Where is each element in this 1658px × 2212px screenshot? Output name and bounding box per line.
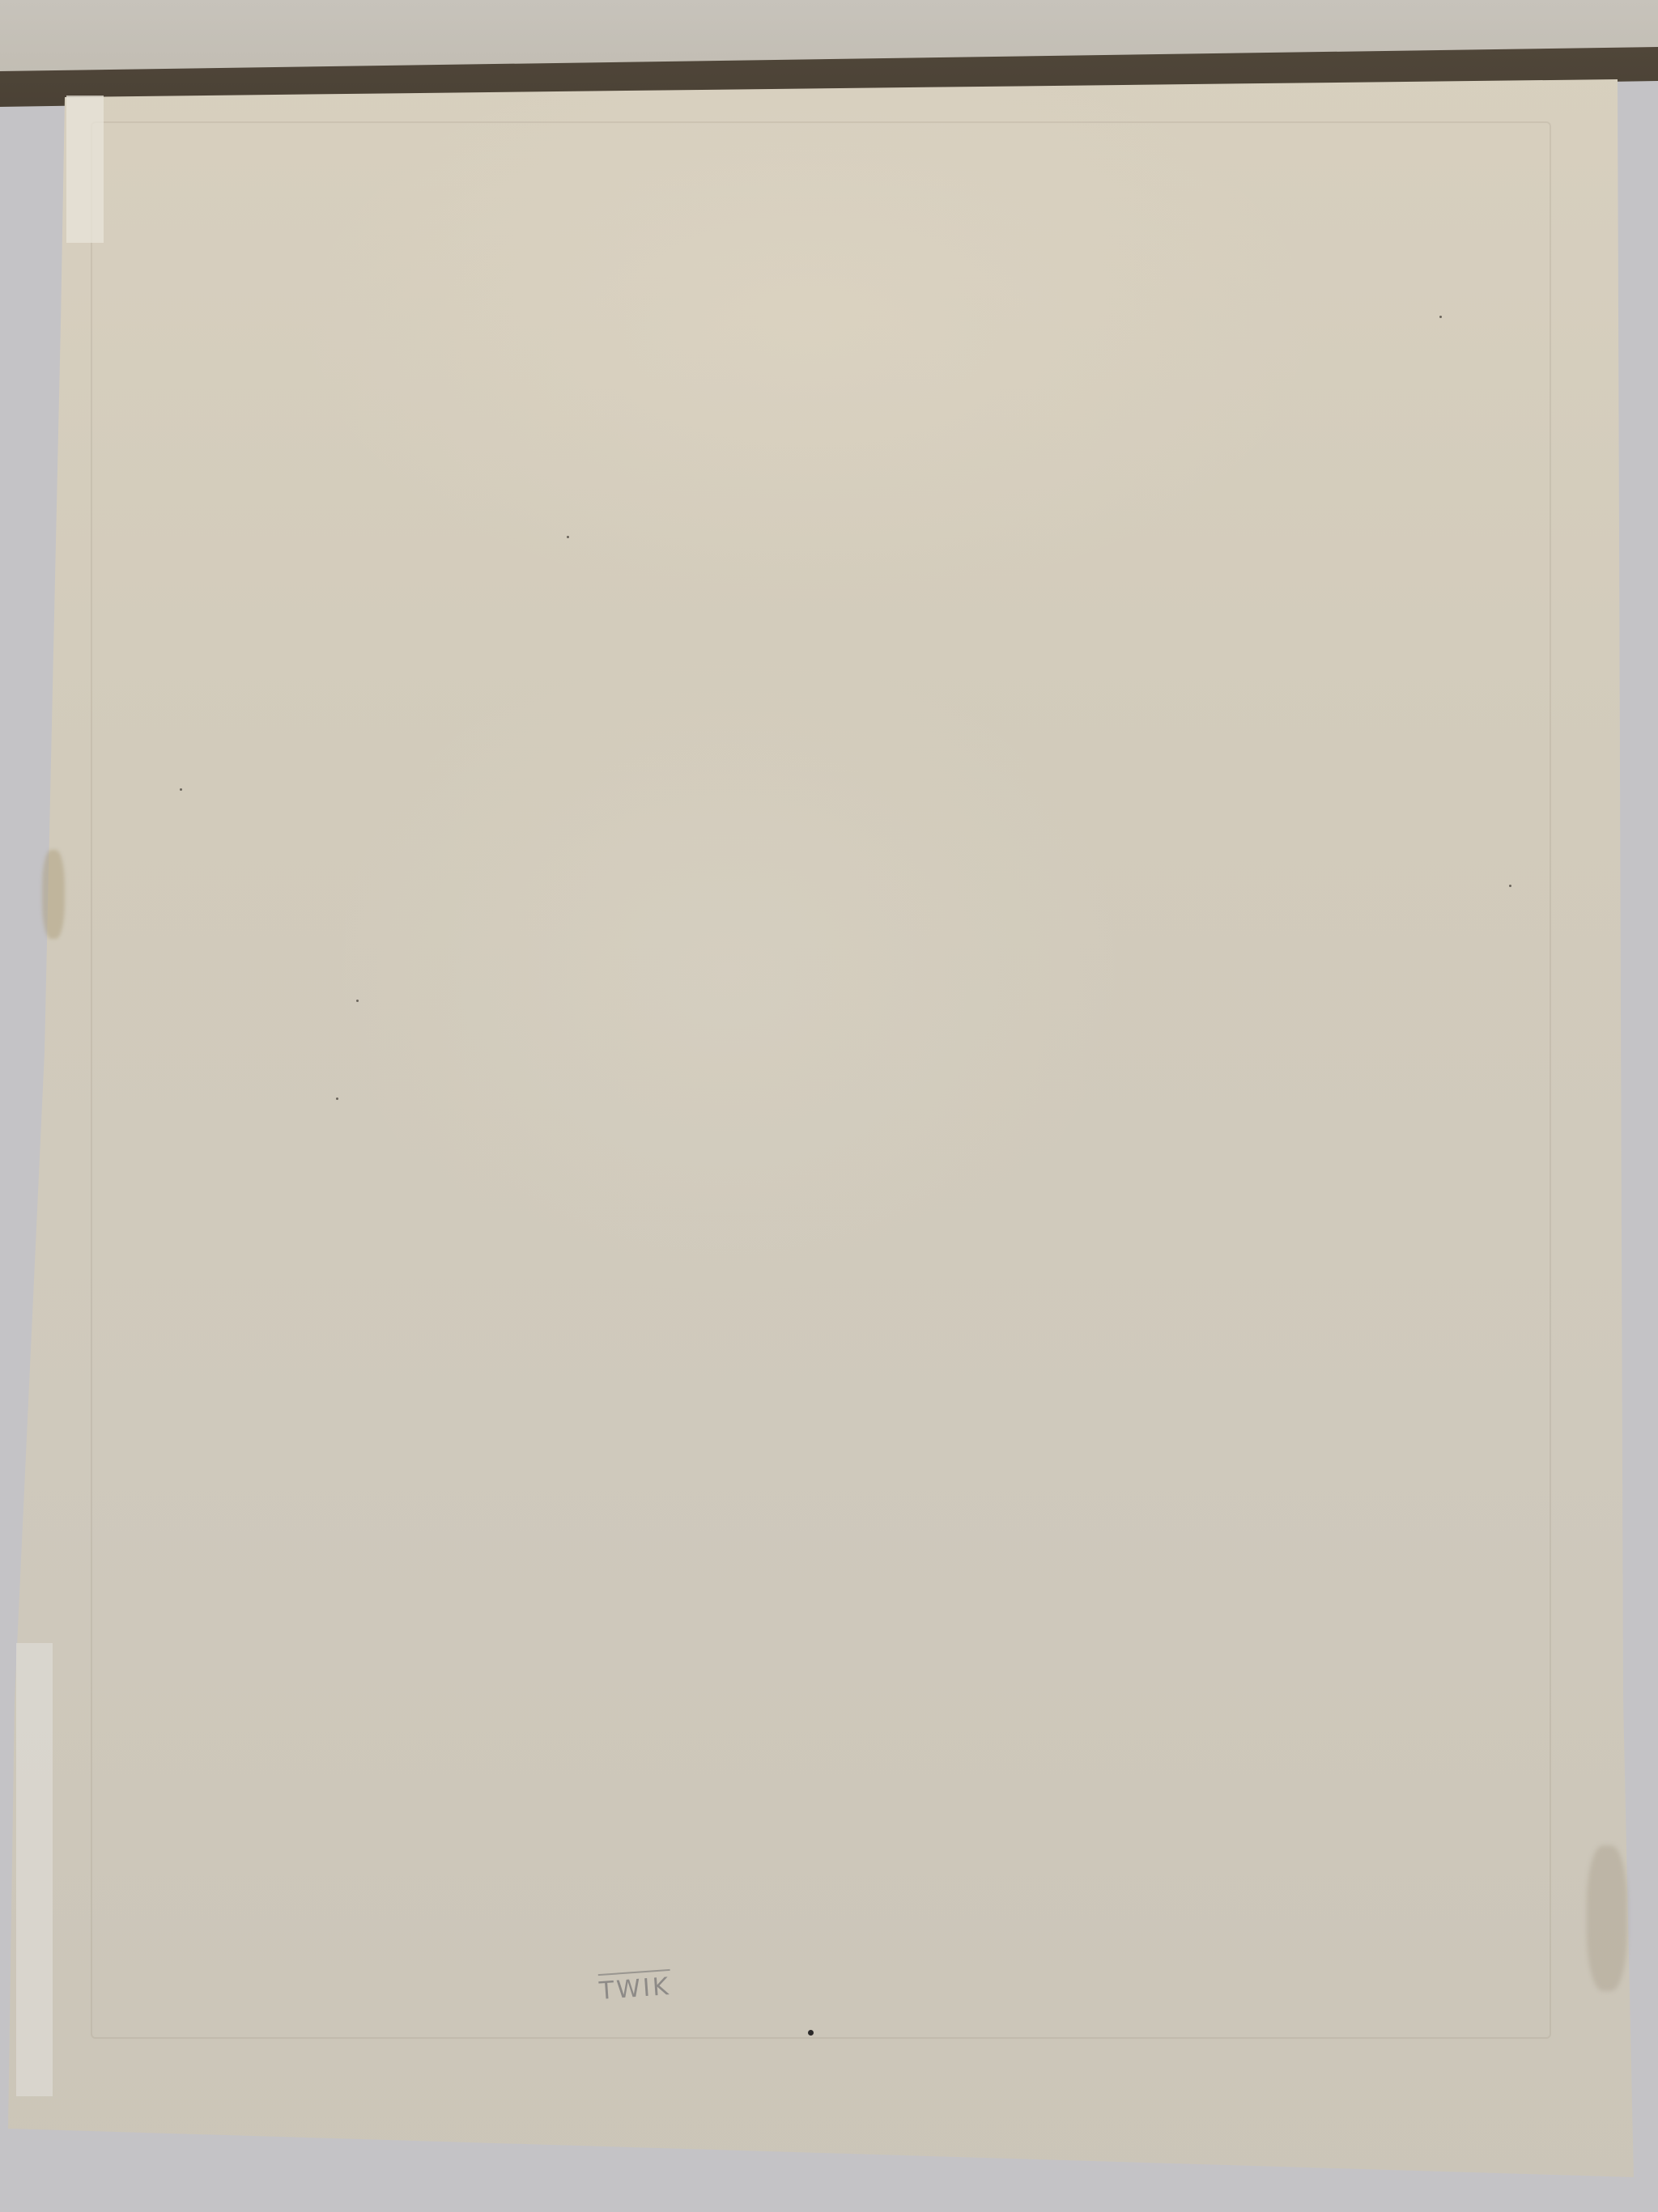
ink-speck bbox=[1509, 885, 1511, 887]
pencil-annotation: TWIK bbox=[598, 1969, 672, 2006]
ink-speck bbox=[567, 536, 569, 538]
ink-speck bbox=[336, 1098, 338, 1100]
ink-speck bbox=[1439, 316, 1442, 318]
corner-stain bbox=[1587, 1845, 1627, 1991]
ink-speck bbox=[180, 788, 182, 791]
ink-speck bbox=[808, 2030, 814, 2036]
hinge-tape-top bbox=[66, 96, 104, 243]
ink-speck bbox=[356, 1000, 359, 1002]
hinge-tape-bottom bbox=[16, 1643, 53, 2096]
plate-mark bbox=[91, 121, 1551, 2039]
edge-stain bbox=[42, 850, 65, 939]
